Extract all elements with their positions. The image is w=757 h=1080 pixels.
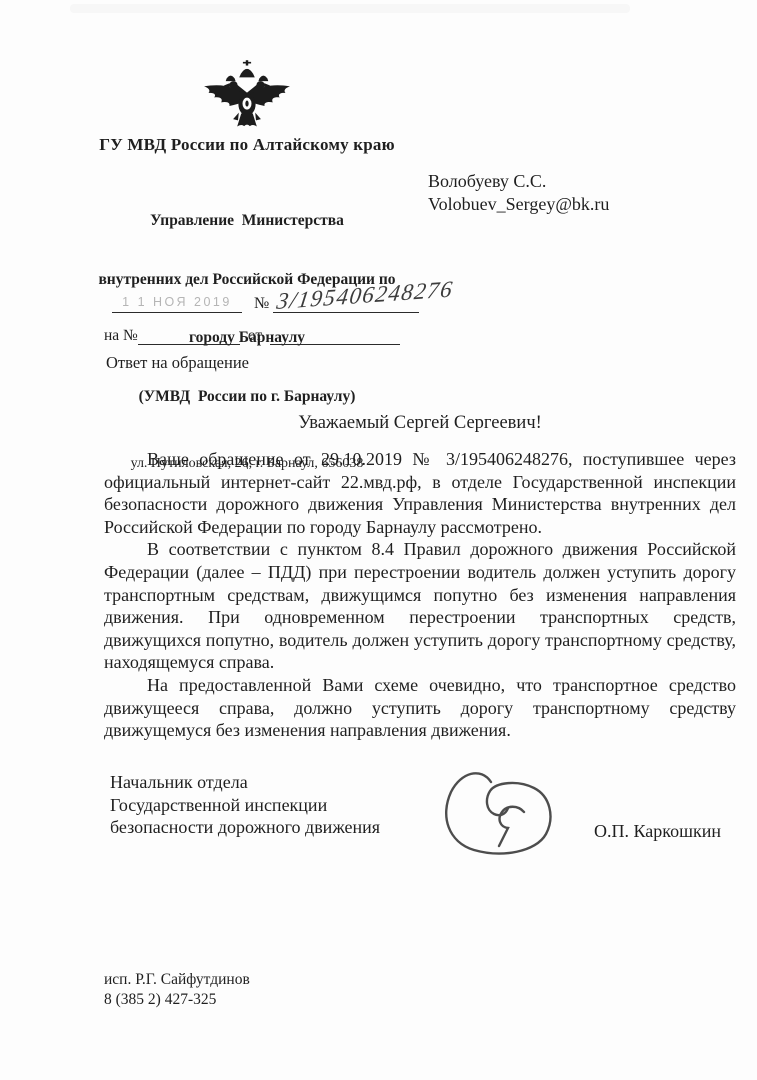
- date-stamp: 1 1 НОЯ 2019: [122, 295, 232, 309]
- recipient-email: Volobuev_Sergey@bk.ru: [428, 193, 609, 216]
- incoming-date-label: от: [248, 327, 262, 345]
- body-paragraph: Ваше обращение от 29.10.2019 № 3/1954062…: [104, 448, 736, 538]
- recipient-block: Волобуеву С.С. Volobuev_Sergey@bk.ru: [428, 170, 609, 216]
- signer-position-line: безопасности дорожного движения: [110, 816, 380, 839]
- agency-name: ГУ МВД России по Алтайскому краю: [97, 135, 397, 155]
- signer-name: О.П. Каркошкин: [594, 821, 721, 842]
- subject-line: Ответ на обращение: [106, 353, 249, 373]
- incoming-number-label: на №: [104, 327, 138, 345]
- date-field: 1 1 НОЯ 2019: [112, 293, 242, 313]
- signer-position-line: Начальник отдела: [110, 771, 380, 794]
- executor-name: исп. Р.Г. Сайфутдинов: [104, 970, 250, 990]
- scan-artifact: [70, 4, 630, 13]
- salutation: Уважаемый Сергей Сергеевич!: [104, 413, 736, 434]
- incoming-date-blank: [270, 326, 400, 345]
- outgoing-ref-row: 1 1 НОЯ 2019 № 3/195406248276: [104, 286, 674, 313]
- letterhead: ГУ МВД России по Алтайскому краю Управле…: [97, 60, 397, 472]
- body-paragraph: На предоставленной Вами схеме очевидно, …: [104, 674, 736, 742]
- department-line: Управление Министерства: [97, 211, 397, 231]
- outgoing-number-field: 3/195406248276: [273, 286, 419, 313]
- executor-phone: 8 (385 2) 427-325: [104, 990, 250, 1010]
- signer-position-line: Государственной инспекции: [110, 794, 380, 817]
- body-paragraph: В соответствии с пунктом 8.4 Правил доро…: [104, 538, 736, 674]
- letter-body: Ваше обращение от 29.10.2019 № 3/1954062…: [104, 448, 736, 742]
- incoming-number-blank: [138, 326, 240, 345]
- incoming-ref-row: на № от: [104, 326, 674, 345]
- number-sign: №: [254, 295, 269, 313]
- department-line: (УМВД России по г. Барнаулу): [97, 387, 397, 407]
- handwritten-signature: [436, 760, 556, 860]
- registration-block: 1 1 НОЯ 2019 № 3/195406248276 на № от: [104, 286, 674, 345]
- signer-position: Начальник отдела Государственной инспекц…: [110, 771, 380, 839]
- mvd-eagle-emblem: [202, 60, 292, 130]
- scanned-letter-page: ГУ МВД России по Алтайскому краю Управле…: [0, 0, 757, 1080]
- recipient-name: Волобуеву С.С.: [428, 170, 609, 193]
- executor-block: исп. Р.Г. Сайфутдинов 8 (385 2) 427-325: [104, 970, 250, 1009]
